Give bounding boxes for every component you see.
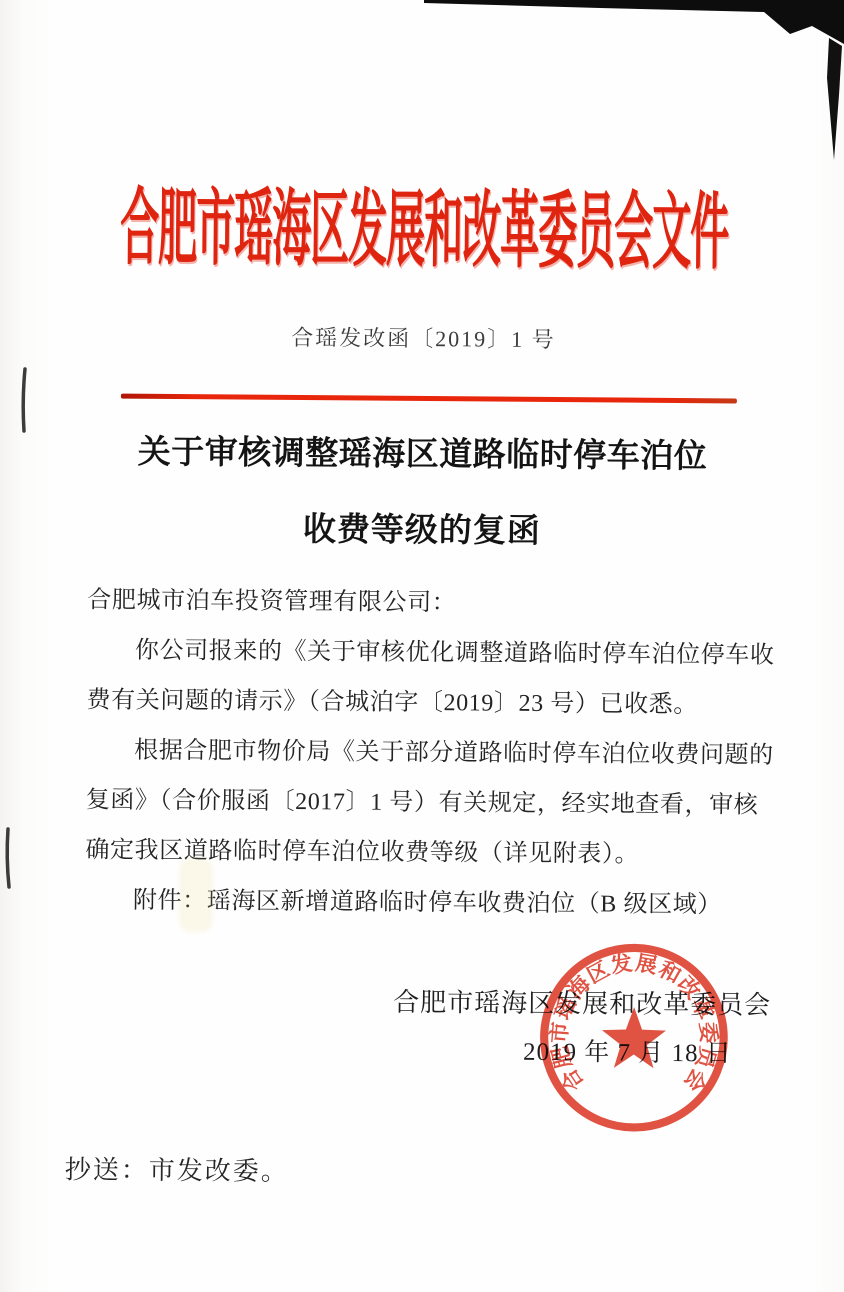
body-line: 你公司报来的《关于审核优化调整道路临时停车泊位停车收 <box>87 625 765 680</box>
scan-smudge <box>179 858 214 932</box>
document-title-line2: 收费等级的复函 <box>0 501 844 555</box>
body-line: 根据合肥市物价局《关于部分道路临时停车泊位收费问题的 <box>86 725 764 780</box>
seal-star-icon <box>602 1007 667 1068</box>
document-title: 关于审核调整瑶海区道路临时停车泊位 收费等级的复函 <box>0 425 844 555</box>
red-divider-rule <box>121 394 737 404</box>
document-title-line1: 关于审核调整瑶海区道路临时停车泊位 <box>0 425 844 479</box>
document-number: 合瑶发改函〔2019〕1 号 <box>1 319 844 357</box>
document-content: 合肥市瑶海区发展和改革委员会文件 合瑶发改函〔2019〕1 号 关于审核调整瑶海… <box>0 0 844 1292</box>
official-red-seal: 合肥市瑶海区发展和改革委员会 <box>531 935 737 1141</box>
recipient-line: 合肥城市泊车投资管理有限公司： <box>87 575 765 630</box>
scanned-document-page: 合肥市瑶海区发展和改革委员会文件 合瑶发改函〔2019〕1 号 关于审核调整瑶海… <box>0 0 844 1292</box>
red-letterhead-title: 合肥市瑶海区发展和改革委员会文件 <box>2 161 844 288</box>
carbon-copy-line: 抄送：市发改委。 <box>65 1149 289 1188</box>
body-line: 费有关问题的请示》（合城泊字〔2019〕23 号）已收悉。 <box>86 675 764 730</box>
body-line: 复函》（合价服函〔2017〕1 号）有关规定，经实地查看，审核 <box>86 775 764 830</box>
